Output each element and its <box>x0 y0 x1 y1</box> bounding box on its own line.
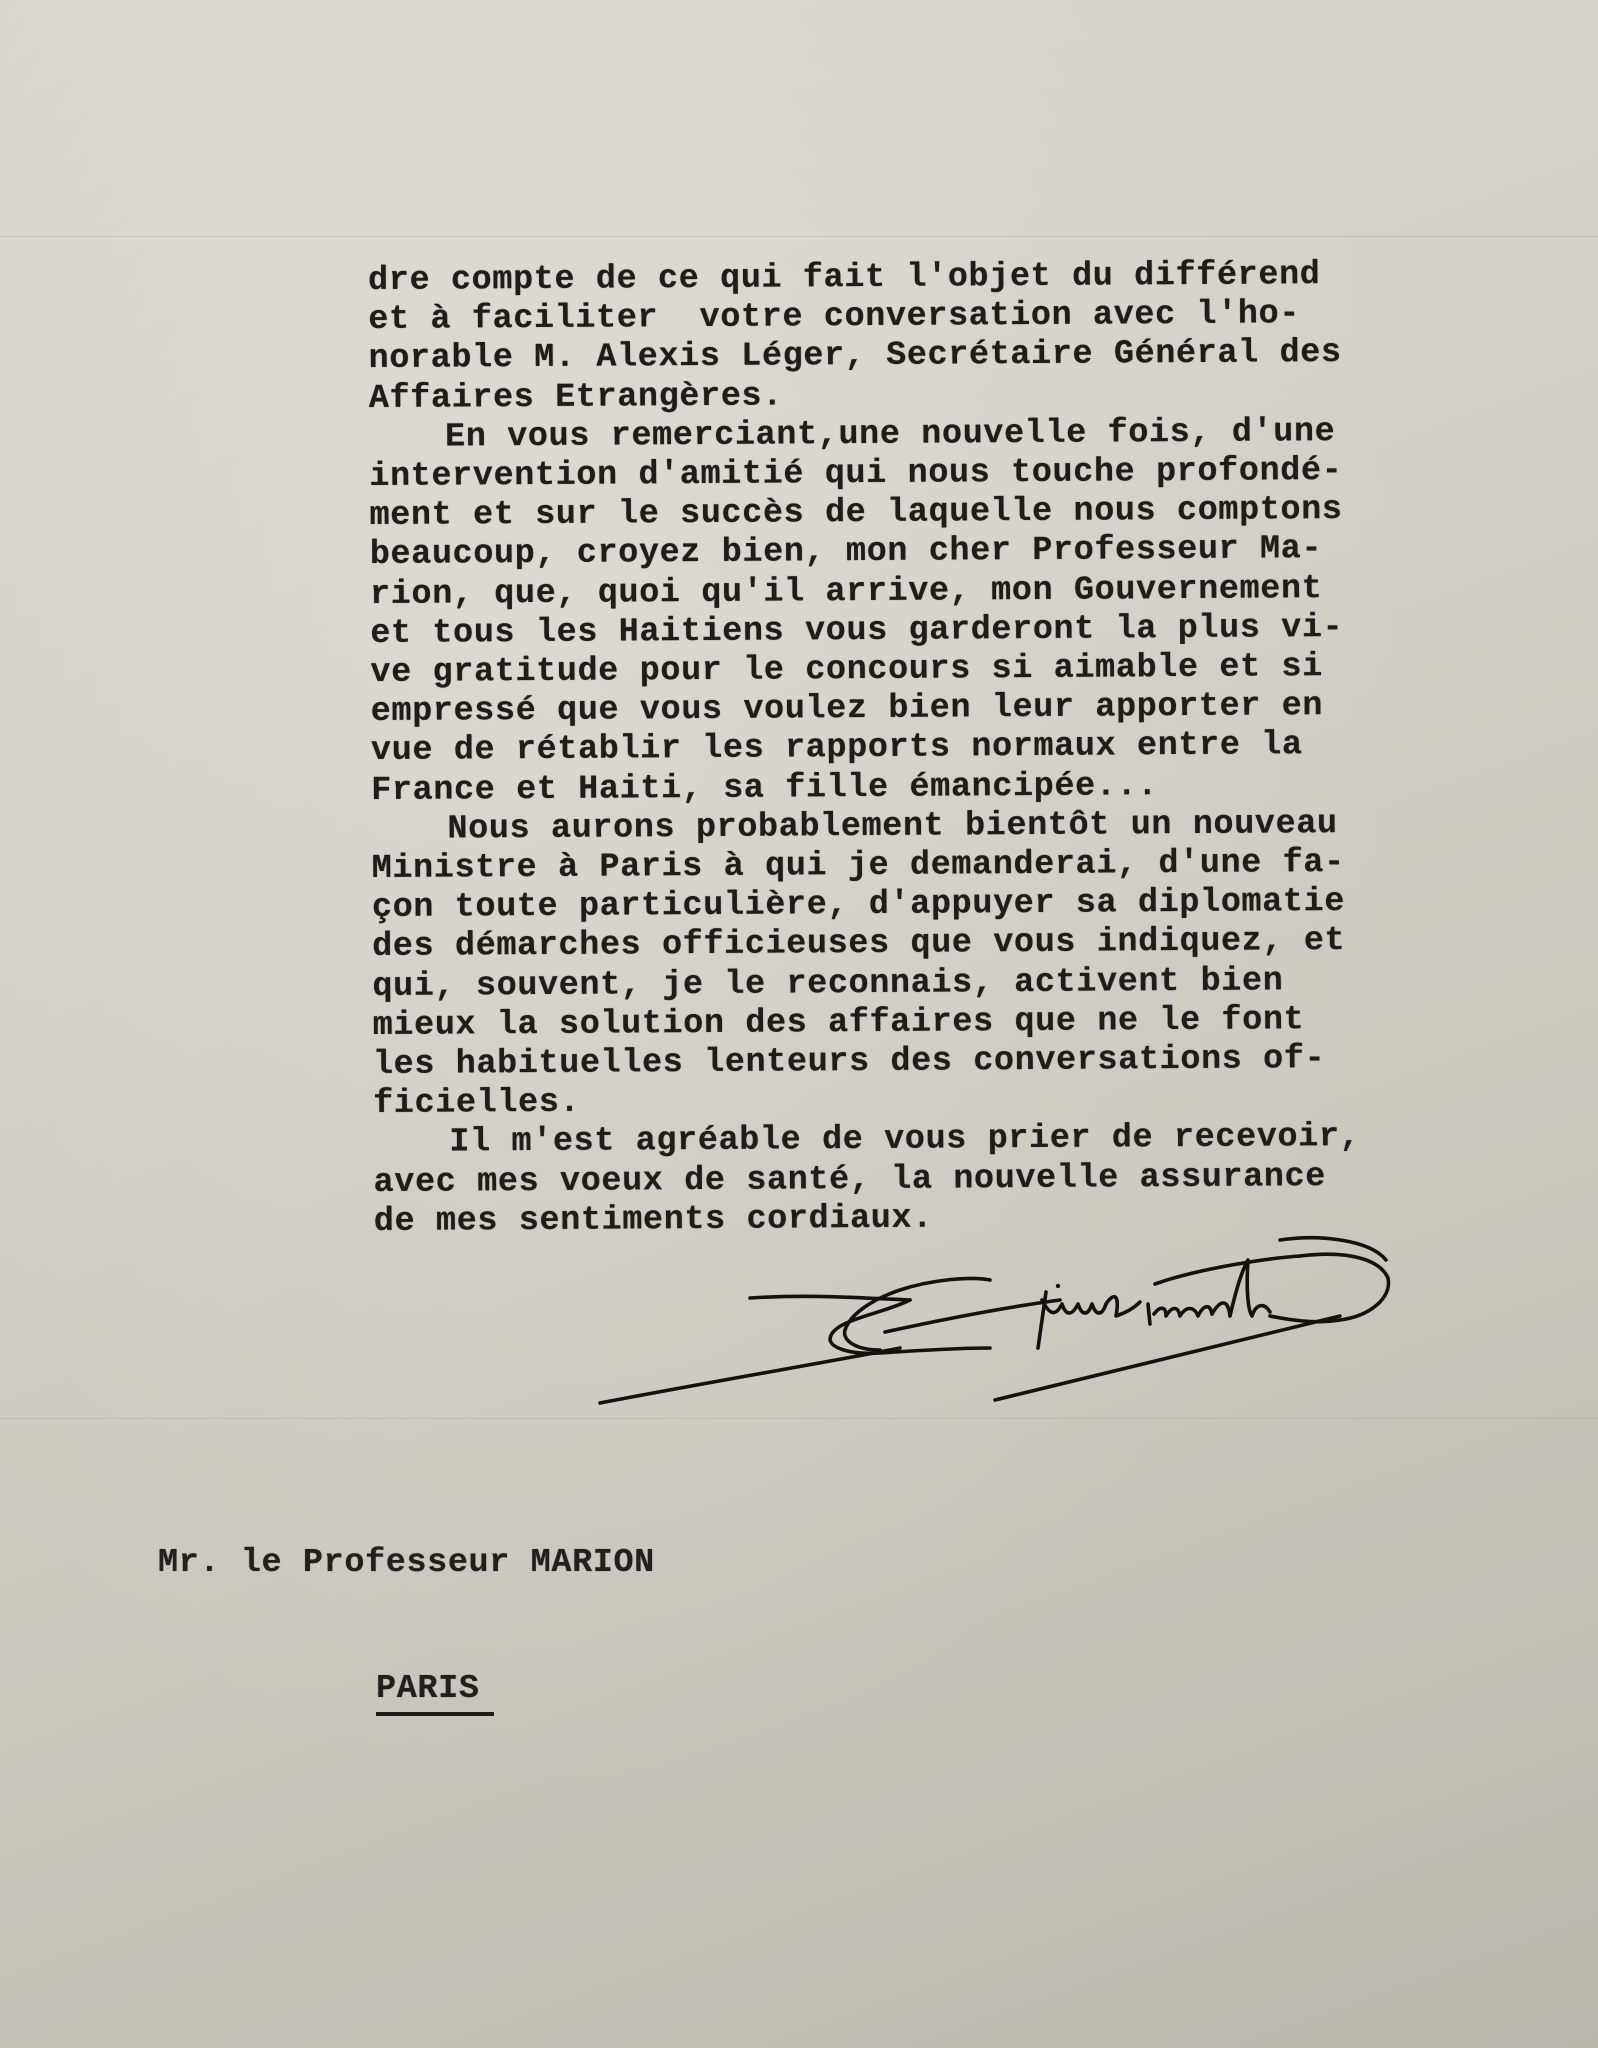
letter-body: dre compte de ce qui fait l'objet du dif… <box>368 255 1514 1242</box>
letter-line: et à faciliter votre conversation avec l… <box>368 294 1508 340</box>
paper-fold-line <box>0 236 1598 237</box>
letter-line: France et Haiti, sa fille émancipée... <box>371 765 1511 811</box>
letter-line: rion, que, quoi qu'il arrive, mon Gouver… <box>370 569 1510 615</box>
letter-line: avec mes voeux de santé, la nouvelle ass… <box>374 1157 1514 1203</box>
letter-line: ficielles. <box>373 1078 1513 1124</box>
recipient-name: Mr. le Professeur MARION <box>158 1542 655 1584</box>
letter-line: les habituelles lenteurs des conversatio… <box>373 1039 1513 1085</box>
letter-line: et tous les Haitiens vous garderont la p… <box>370 608 1510 654</box>
letter-line: vue de rétablir les rapports normaux ent… <box>371 725 1511 771</box>
letter-line: Affaires Etrangères. <box>369 373 1509 419</box>
recipient-address: Mr. le Professeur MARION PARIS <box>158 1458 655 1758</box>
letter-line: intervention d'amitié qui nous touche pr… <box>369 451 1509 497</box>
letter-line: Ministre à Paris à qui je demanderai, d'… <box>372 843 1512 889</box>
letter-line: norable M. Alexis Léger, Secrétaire Géné… <box>368 333 1508 379</box>
letter-line: dre compte de ce qui fait l'objet du dif… <box>368 255 1508 301</box>
letter-line: ve gratitude pour le concours si aimable… <box>370 647 1510 693</box>
paragraph-start-line: En vous remerciant,une nouvelle fois, d'… <box>369 412 1509 458</box>
letter-line: mieux la solution des affaires que ne le… <box>373 1000 1513 1046</box>
paragraph-start-line: Nous aurons probablement bientôt un nouv… <box>371 804 1511 850</box>
handwritten-signature <box>580 1220 1420 1410</box>
paper-fold-line <box>0 1418 1598 1419</box>
paragraph-start-line: Il m'est agréable de vous prier de recev… <box>373 1117 1513 1163</box>
letter-line: des démarches officieuses que vous indiq… <box>372 921 1512 967</box>
letter-line: ment et sur le succès de laquelle nous c… <box>369 490 1509 536</box>
letter-line: beaucoup, croyez bien, mon cher Professe… <box>370 529 1510 575</box>
letter-line: empressé que vous voulez bien leur appor… <box>371 686 1511 732</box>
letter-line: qui, souvent, je le reconnais, activent … <box>372 961 1512 1007</box>
recipient-city: PARIS <box>376 1668 494 1716</box>
